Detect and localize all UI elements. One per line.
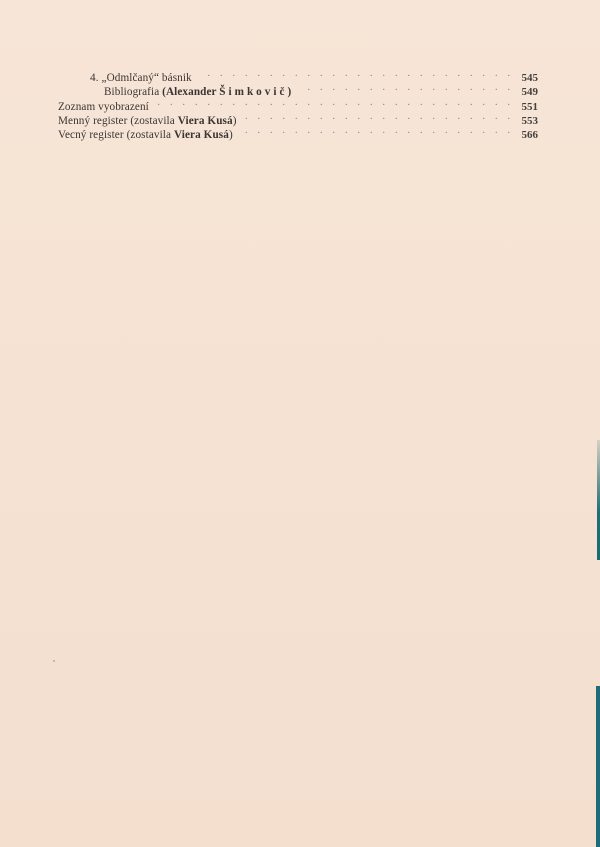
toc-entry-author-close: ) <box>229 129 233 141</box>
toc-entry-page: 566 <box>516 128 538 142</box>
dot-leader <box>198 67 510 81</box>
dot-leader <box>155 96 510 110</box>
toc-entry-author: Viera Kusá <box>174 129 229 141</box>
dot-leader <box>243 110 510 124</box>
toc-entry: Bibliografia (Alexander Šimkovič) 549 <box>58 81 538 95</box>
dot-leader <box>239 124 510 138</box>
toc-entry: 4. „Odmlčaný“ básnik 545 <box>58 67 538 81</box>
table-of-contents: 4. „Odmlčaný“ básnik 545 Bibliografia (A… <box>58 67 538 138</box>
toc-entry: Zoznam vyobrazení 551 <box>58 96 538 110</box>
toc-entry-title-text: Vecný register (zostavila <box>58 129 174 141</box>
toc-entry: Menný register (zostavila Viera Kusá) 55… <box>58 110 538 124</box>
paper-speck <box>53 660 55 662</box>
toc-entry: Vecný register (zostavila Viera Kusá) 56… <box>58 124 538 138</box>
book-page: 4. „Odmlčaný“ básnik 545 Bibliografia (A… <box>0 0 600 847</box>
toc-entry-title: Vecný register (zostavila Viera Kusá) <box>58 128 233 142</box>
cover-edge-strip <box>596 686 600 847</box>
dot-leader <box>297 81 510 95</box>
